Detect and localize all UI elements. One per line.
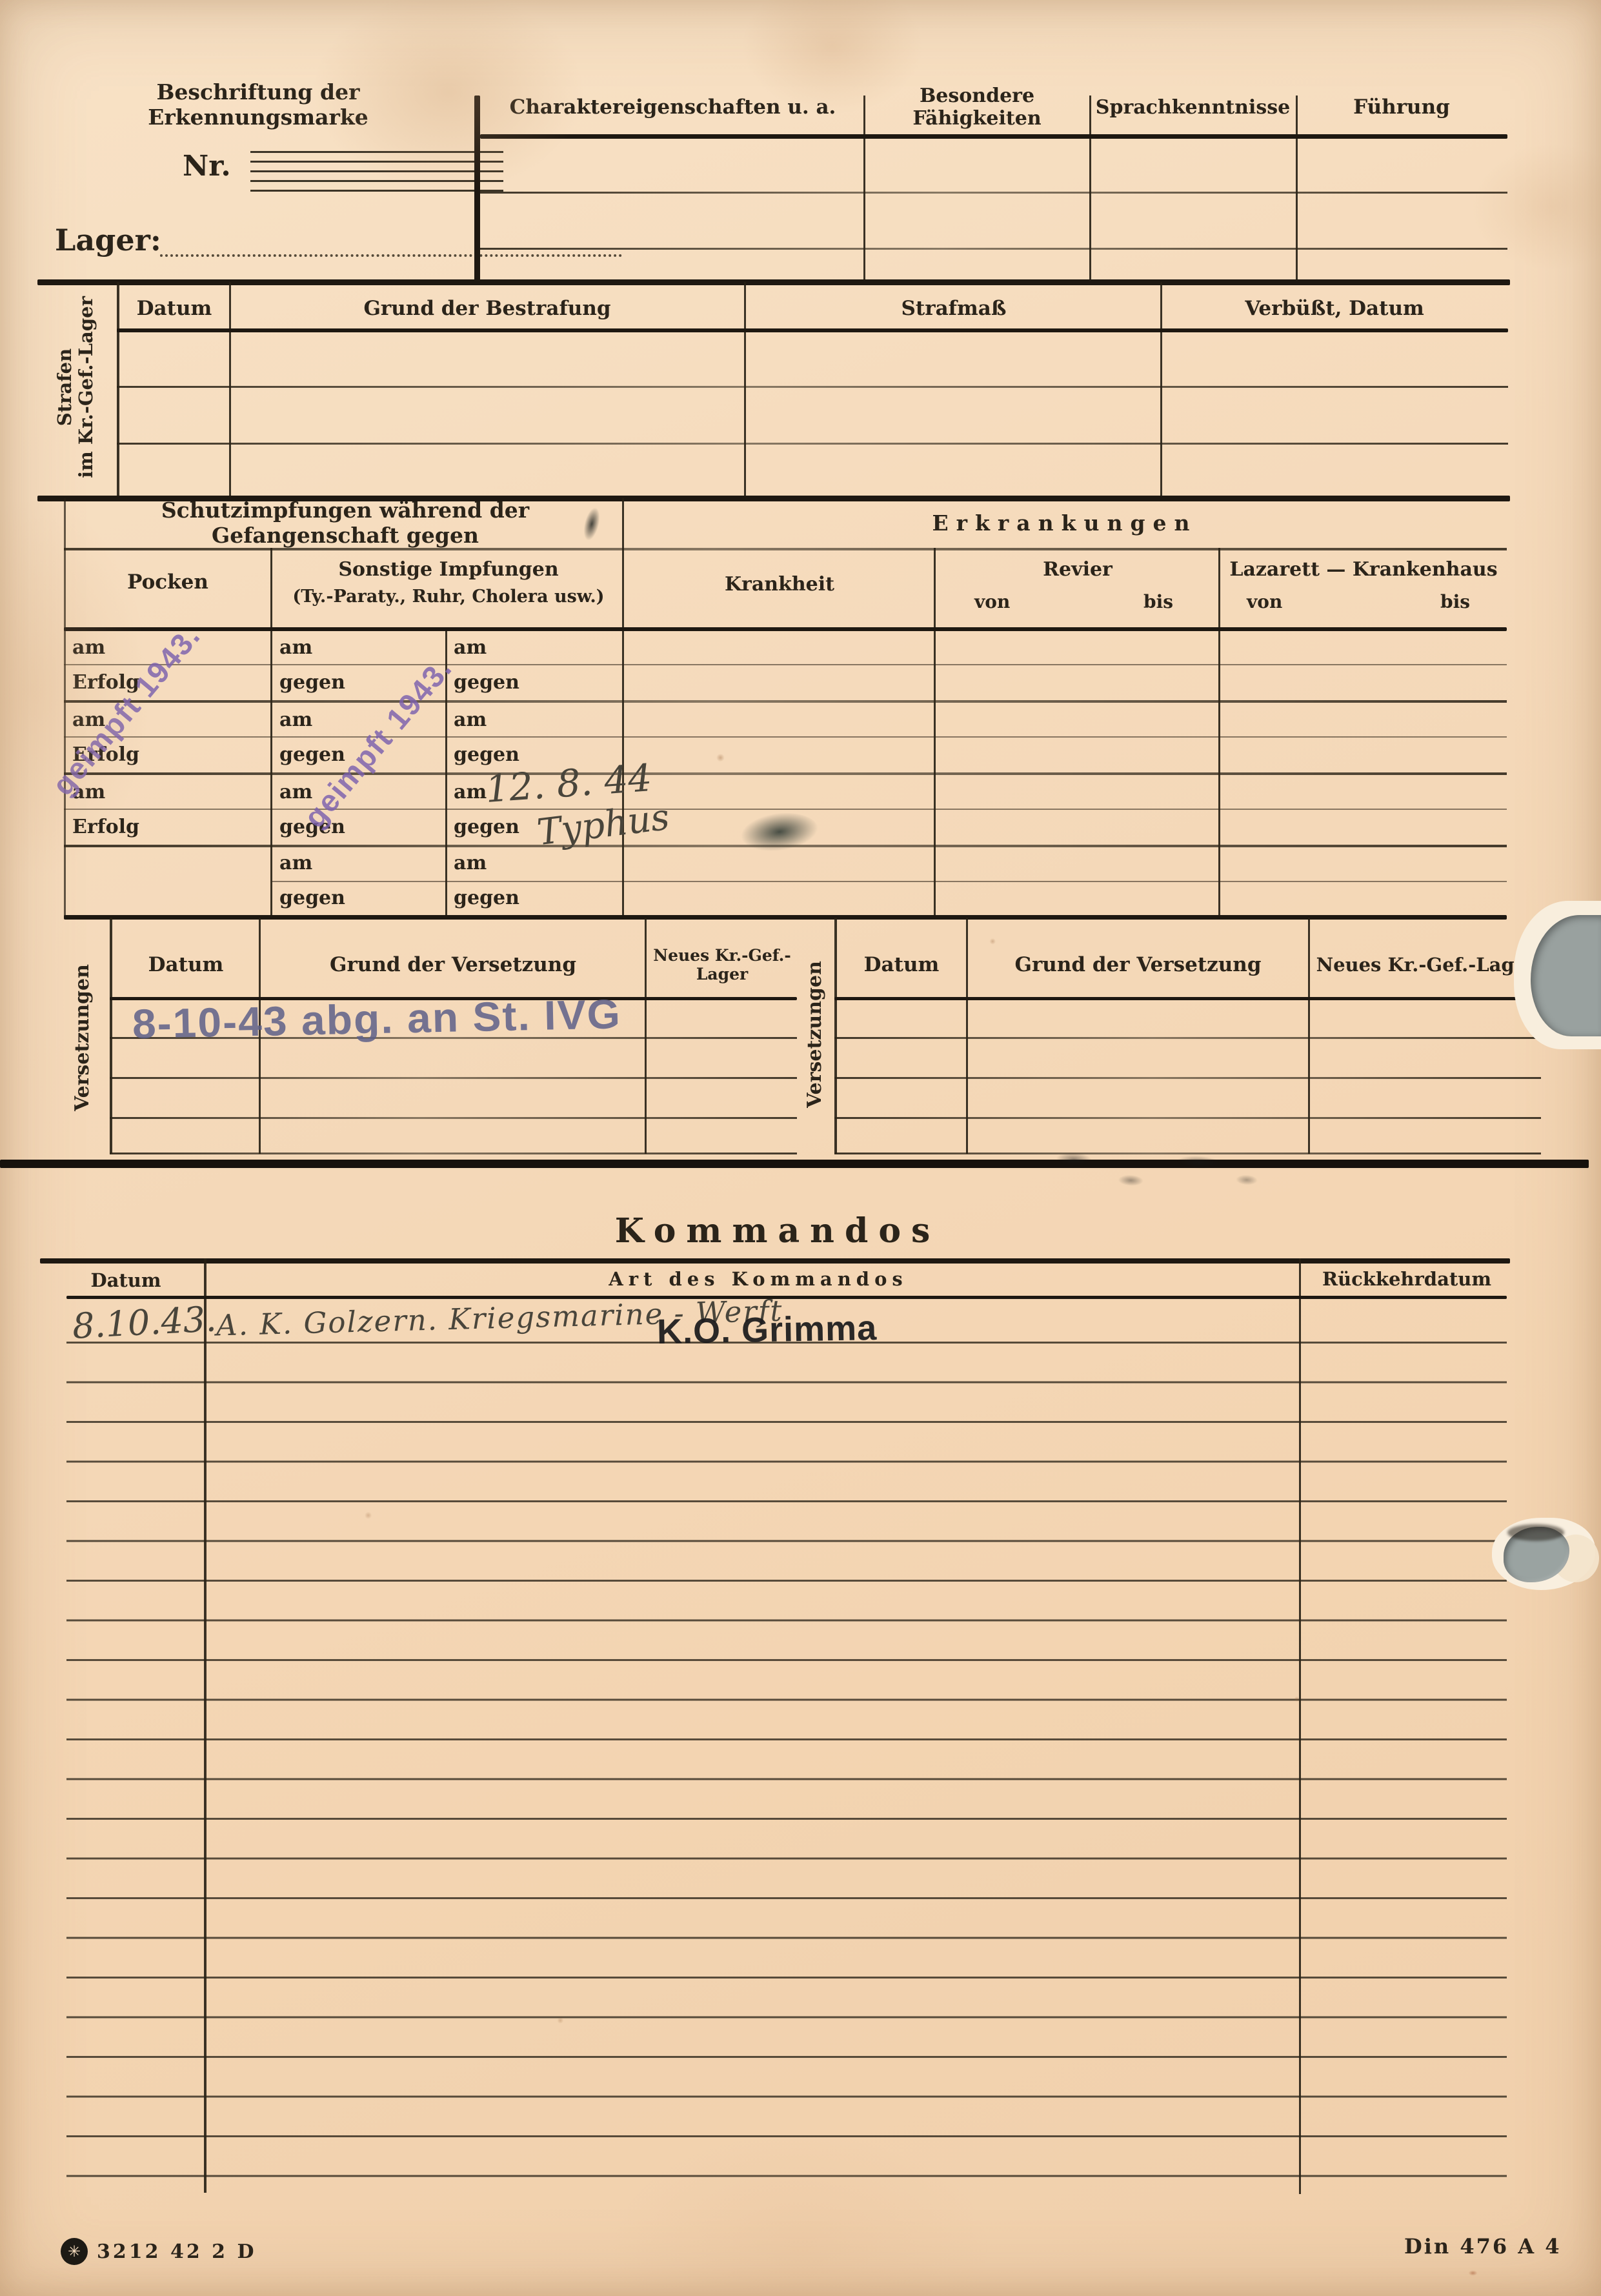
illnesses-title: Erkrankungen (626, 506, 1504, 539)
rule-line (834, 1037, 1541, 1039)
rule-line (64, 772, 1507, 775)
col-header-krankheit: Krankheit (626, 568, 933, 600)
col-header-verbuesst: Verbüßt, Datum (1163, 290, 1505, 327)
faded-stamp-remnant (1041, 1142, 1266, 1203)
rule-line (64, 548, 1507, 550)
revier-bis-label: bis (1143, 591, 1173, 612)
lager-label: Lager: (55, 223, 161, 257)
col-header-neues-lager: Neues Kr.-Gef.-Lager (1310, 942, 1542, 987)
col-header-grund-versetzung: Grund der Versetzung (968, 942, 1308, 987)
col-header-sonstige: Sonstige Impfungen (274, 556, 623, 582)
side-label-versetzungen-right: Versetzungen (801, 928, 827, 1141)
lazarett-bis-label: bis (1440, 591, 1470, 612)
stamp-geimpft-1: geimpft 1943. (11, 579, 241, 840)
divider (474, 96, 480, 284)
rule-line (64, 700, 1507, 703)
row-label-gegen: gegen (454, 816, 519, 838)
nr-label: Nr. (183, 150, 231, 183)
col-header-datum: Datum (837, 942, 966, 987)
vaccinations-title: Schutzimpfungen während der Gefangenscha… (71, 506, 619, 539)
side-label-strafen-line1: Strafen (54, 296, 76, 478)
row-label-gegen: gegen (454, 887, 519, 909)
row-label-gegen: gegen (279, 887, 345, 909)
col-header-pocken: Pocken (65, 563, 271, 601)
divider (1160, 282, 1162, 498)
section-rule (37, 279, 1510, 285)
nr-ruled-lines (250, 151, 503, 192)
col-header-sonstige-sub: (Ty.-Paraty., Ruhr, Cholera usw.) (274, 583, 623, 609)
col-header-rueckkehrdatum: Rückkehrdatum (1304, 1265, 1510, 1293)
row-label-am: am (279, 636, 312, 659)
rule-line (40, 1258, 1510, 1264)
rule-line (834, 997, 1541, 1000)
page-rule (0, 1160, 1589, 1168)
row-label-am: am (72, 636, 105, 659)
id-marke-title: Beschriftung der Erkennungsmarke (77, 90, 439, 119)
divider (934, 548, 936, 918)
col-header-datum: Datum (119, 290, 229, 327)
row-label-am: am (454, 781, 487, 803)
divider (270, 548, 272, 918)
rule-line (272, 881, 1507, 882)
rule-line (480, 248, 1507, 250)
col-header-faehigkeiten: Besondere Fähigkeiten (870, 89, 1084, 125)
divider (1296, 96, 1298, 284)
rule-line (480, 192, 1507, 194)
divider (64, 498, 66, 918)
row-label-erfolg: Erfolg (72, 816, 139, 838)
divider (1089, 96, 1091, 284)
col-header-sprachen: Sprachkenntnisse (1094, 89, 1291, 125)
stamp-transfer: 8-10-43 abg. an St. IVG (132, 990, 621, 1048)
handwriting-kommando-date: 8.10.43. (72, 1298, 217, 1347)
punch-hole-shadow-edge (1507, 1524, 1564, 1541)
col-header-revier: Revier (937, 556, 1218, 582)
revier-von-label: von (974, 591, 1010, 612)
rule-line (110, 1153, 797, 1154)
rule-line (110, 1117, 797, 1119)
row-label-gegen: gegen (279, 671, 345, 694)
kommandos-title: Kommandos (503, 1211, 1052, 1251)
rule-line (64, 664, 1507, 665)
row-label-am: am (279, 709, 312, 731)
divider (863, 96, 865, 284)
col-header-datum: Datum (112, 942, 259, 987)
rule-line (480, 134, 1507, 139)
divider (744, 282, 746, 498)
col-header-lazarett: Lazarett — Krankenhaus (1222, 556, 1505, 582)
printer-mark-icon: ✳ (61, 2238, 88, 2265)
rule-line (117, 328, 1508, 332)
section-rule (64, 915, 1507, 920)
lazarett-von-label: von (1247, 591, 1282, 612)
row-label-am: am (454, 709, 487, 731)
col-header-fuehrung: Führung (1301, 89, 1502, 125)
row-label-am: am (454, 852, 487, 874)
footer-right-code: Din 476 A 4 (1404, 2234, 1561, 2259)
col-header-datum: Datum (52, 1266, 200, 1294)
col-header-strafmass: Strafmaß (747, 290, 1160, 327)
col-header-art-des-kommandos: Art des Kommandos (452, 1265, 1065, 1293)
rule-line (117, 386, 1508, 388)
lager-dotted-line (160, 221, 622, 257)
divider (229, 282, 231, 498)
col-header-grund-versetzung: Grund der Versetzung (261, 942, 645, 987)
col-header-charakter: Charaktereigenschaften u. a. (487, 89, 858, 125)
rule-line (117, 443, 1508, 445)
footer-left-code: 3212 42 2 D (97, 2241, 256, 2263)
side-label-versetzungen-left: Versetzungen (69, 931, 95, 1144)
rule-line (66, 1296, 1507, 1299)
col-header-neues-lager: Neues Kr.-Gef.-Lager (645, 942, 799, 987)
rule-line (834, 1077, 1541, 1079)
row-label-gegen: gegen (454, 743, 519, 766)
ink-smudge (739, 808, 821, 856)
rule-line (64, 736, 1507, 738)
side-label-strafen-line2: im Kr.-Gef.-Lager (76, 296, 97, 478)
rule-line (64, 627, 1507, 631)
kommandos-ruled-lines (66, 1342, 1507, 2193)
side-label-strafen: Strafen im Kr.-Gef.-Lager (53, 277, 98, 497)
col-header-grund-bestrafung: Grund der Bestrafung (232, 290, 742, 327)
rule-line (64, 809, 1507, 810)
stamp-ko-grimma: K.O. Grimma (656, 1308, 877, 1352)
divider (1218, 548, 1220, 918)
scanned-pow-record-card: Beschriftung der Erkennungsmarke Nr. Lag… (0, 0, 1601, 2296)
rule-line (834, 1117, 1541, 1119)
rule-line (110, 1077, 797, 1079)
